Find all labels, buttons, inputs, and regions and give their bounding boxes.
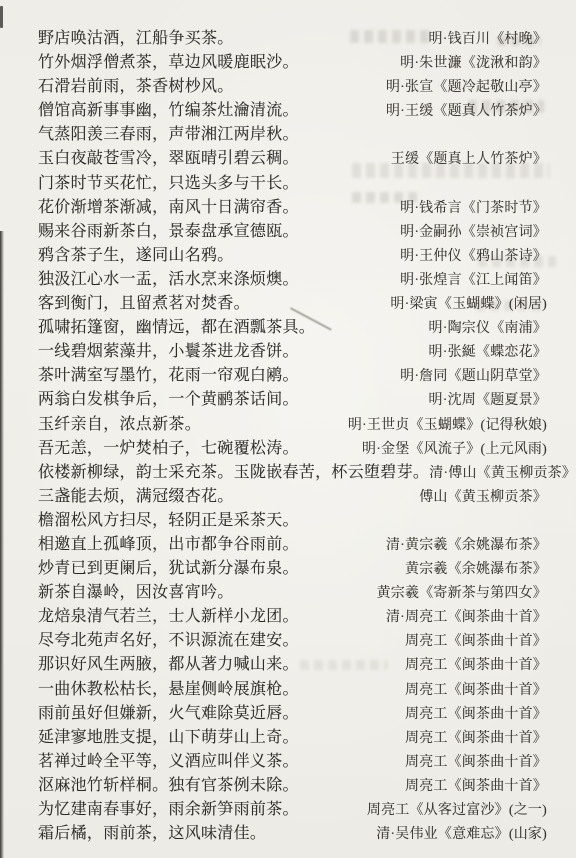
poem-source: 黄宗羲《余姚瀑布茶》 bbox=[405, 558, 547, 582]
poem-source: 明·王仲仪《鸦山茶诗》 bbox=[400, 245, 547, 269]
poem-text: 玉纤亲自，浓点新茶。 bbox=[38, 413, 201, 437]
poem-line-row: 鸦含茶子生，遂同山名鸦。 明·王仲仪《鸦山茶诗》 bbox=[38, 244, 547, 268]
poem-text: 孤啸拓篷窗，幽情远，都在酒瓢茶具。 bbox=[38, 316, 315, 340]
poem-line-row: 茶叶满室写墨竹，花雨一帘观白鹇。 明·詹同《题山阴草堂》 bbox=[38, 364, 547, 388]
poem-source: 明·钱百川《村晚》 bbox=[429, 28, 547, 52]
poem-source: 明·金堡《风流子》(上元风雨) bbox=[362, 438, 547, 462]
poem-text: 相邀直上孤峰顶，出市都争谷雨前。 bbox=[38, 533, 299, 557]
poem-source: 清·傅山《黄玉柳贡茶》 bbox=[429, 462, 576, 486]
poem-text: 竹外烟浮僧煮茶，草边风暖鹿眠沙。 bbox=[38, 51, 299, 75]
poem-line-row: 相邀直上孤峰顶，出市都争谷雨前。 清·黄宗羲《余姚瀑布茶》 bbox=[38, 533, 547, 557]
poem-line-row: 客到衡门，且留煮茗对焚香。 明·梁寅《玉蝴蝶》(闲居) bbox=[38, 292, 547, 316]
poem-line-row: 一线碧烟萦藻井，小鬟茶进龙香饼。 明·张綖《蝶恋花》 bbox=[38, 340, 547, 364]
poem-text: 尽夸北苑声名好，不识源流在建安。 bbox=[38, 629, 299, 653]
poem-text: 延津寥地胜支提，山下萌芽山上奇。 bbox=[38, 726, 299, 750]
poem-text: 门茶时节买花忙，只选头多与干长。 bbox=[38, 172, 299, 196]
poem-source: 明·梁寅《玉蝴蝶》(闲居) bbox=[390, 293, 547, 317]
poem-line-row: 为忆建南春事好，雨余新笋雨前茶。 周亮工《从客过富沙》(之一) bbox=[38, 798, 547, 822]
poem-source: 明·张宣《题冷起敬山亭》 bbox=[386, 76, 547, 100]
poem-list: 野店唤沽酒，江船争买茶。 明·钱百川《村晚》 竹外烟浮僧煮茶，草边风暖鹿眠沙。 … bbox=[0, 27, 576, 846]
poem-text: 一曲休教松枯长，悬崖侧岭展旗枪。 bbox=[38, 678, 299, 702]
poem-text: 两翁白发棋争后，一个黄鹂茶话间。 bbox=[38, 388, 299, 412]
poem-source: 傅山《黄玉柳贡茶》 bbox=[419, 486, 547, 510]
poem-text: 独汲江心水一盂，活水烹来涤烦燠。 bbox=[38, 268, 299, 292]
poem-line-row: 沤麻池竹斩样桐。独有官茶例未除。 周亮工《闽茶曲十首》 bbox=[38, 774, 547, 798]
poem-text: 三盏能去烦，满冠缀杏花。 bbox=[38, 485, 234, 509]
poem-source: 周亮工《闽茶曲十首》 bbox=[405, 727, 547, 751]
poem-source: 周亮工《闽茶曲十首》 bbox=[405, 775, 547, 799]
poem-text: 吾无恙，一炉焚柏子，七碗覆松涛。 bbox=[38, 437, 299, 461]
poem-line-row: 玉白夜敲苍雪冷，翠瓯晴引碧云稠。 王缓《题真上人竹茶炉》 bbox=[38, 147, 547, 171]
poem-source: 周亮工《闽茶曲十首》 bbox=[405, 703, 547, 727]
poem-line-row: 霜后橘，雨前茶，这风味清佳。 清·吴伟业《意难忘》(山家) bbox=[38, 822, 547, 846]
poem-text: 玉白夜敲苍雪冷，翠瓯晴引碧云稠。 bbox=[38, 147, 299, 171]
poem-text: 依楼新柳绿，韵士采充茶。玉陇嵌春苦，杯云堕碧芽。 bbox=[38, 461, 429, 485]
poem-text: 炒青已到更阑后，犹试新分瀑布泉。 bbox=[38, 557, 299, 581]
poem-source: 周亮工《闽茶曲十首》 bbox=[405, 654, 547, 678]
poem-line-row: 独汲江心水一盂，活水烹来涤烦燠。 明·张煌言《江上闻笛》 bbox=[38, 268, 547, 292]
poem-text: 赐来谷雨新茶白，景泰盘承宣德瓯。 bbox=[38, 220, 299, 244]
poem-line-row: 茗禅过岭全平等，义酒应叫伴义茶。 周亮工《闽茶曲十首》 bbox=[38, 750, 547, 774]
poem-text: 龙焙泉清气若兰，士人新样小龙团。 bbox=[38, 605, 299, 629]
poem-source: 明·詹同《题山阴草堂》 bbox=[400, 365, 547, 389]
poem-line-row: 玉纤亲自，浓点新茶。 明·王世贞《玉蝴蝶》(记得秋娘) bbox=[38, 413, 547, 437]
poem-text: 茗禅过岭全平等，义酒应叫伴义茶。 bbox=[38, 750, 299, 774]
poem-text: 新茶自瀑岭，因汝喜宵吟。 bbox=[38, 581, 234, 605]
poem-line-row: 一曲休教松枯长，悬崖侧岭展旗枪。 周亮工《闽茶曲十首》 bbox=[38, 678, 547, 702]
poem-line-row: 那识好风生两腋，都从著力喊山来。 周亮工《闽茶曲十首》 bbox=[38, 653, 547, 677]
poem-text: 那识好风生两腋，都从著力喊山来。 bbox=[38, 653, 299, 677]
poem-text: 鸦含茶子生，遂同山名鸦。 bbox=[38, 244, 234, 268]
poem-source: 明·朱世濂《泷湫和韵》 bbox=[400, 52, 547, 76]
poem-line-row: 石滑岩前雨，茶香树杪风。 明·张宣《题冷起敬山亭》 bbox=[38, 75, 547, 99]
poem-line-row: 气蒸阳羡三春雨，声带湘江两岸秋。 bbox=[38, 123, 547, 147]
poem-source: 明·钱希言《门茶时节》 bbox=[400, 197, 547, 221]
poem-text: 野店唤沽酒，江船争买茶。 bbox=[38, 27, 234, 51]
poem-source: 明·张煌言《江上闻笛》 bbox=[400, 269, 547, 293]
poem-line-row: 雨前虽好但嫌新，火气难除莫近唇。 周亮工《闽茶曲十首》 bbox=[38, 702, 547, 726]
poem-line-row: 野店唤沽酒，江船争买茶。 明·钱百川《村晚》 bbox=[38, 27, 547, 51]
poem-source: 清·黄宗羲《余姚瀑布茶》 bbox=[386, 534, 547, 558]
poem-line-row: 竹外烟浮僧煮茶，草边风暖鹿眠沙。 明·朱世濂《泷湫和韵》 bbox=[38, 51, 547, 75]
poem-source: 明·王缓《题真人竹茶炉》 bbox=[386, 100, 547, 124]
book-page: 野店唤沽酒，江船争买茶。 明·钱百川《村晚》 竹外烟浮僧煮茶，草边风暖鹿眠沙。 … bbox=[0, 0, 576, 858]
poem-text: 雨前虽好但嫌新，火气难除莫近唇。 bbox=[38, 702, 299, 726]
poem-line-row: 新茶自瀑岭，因汝喜宵吟。 黄宗羲《寄新茶与第四女》 bbox=[38, 581, 547, 605]
poem-source: 黄宗羲《寄新茶与第四女》 bbox=[377, 582, 547, 606]
poem-text: 沤麻池竹斩样桐。独有官茶例未除。 bbox=[38, 774, 299, 798]
poem-text: 花价渐增茶渐减，南风十日满帘香。 bbox=[38, 196, 299, 220]
poem-line-row: 孤啸拓篷窗，幽情远，都在酒瓢茶具。 明·陶宗仪《南浦》 bbox=[38, 316, 547, 340]
poem-text: 为忆建南春事好，雨余新笋雨前茶。 bbox=[38, 798, 299, 822]
poem-text: 僧馆高新事事幽，竹编茶灶瀹清流。 bbox=[38, 99, 299, 123]
poem-text: 气蒸阳羡三春雨，声带湘江两岸秋。 bbox=[38, 123, 299, 147]
poem-line-row: 炒青已到更阑后，犹试新分瀑布泉。 黄宗羲《余姚瀑布茶》 bbox=[38, 557, 547, 581]
poem-source: 明·沈周《题夏景》 bbox=[429, 389, 547, 413]
poem-source: 王缓《题真上人竹茶炉》 bbox=[391, 148, 547, 172]
poem-line-row: 檐溜松风方扫尽，轻阴正是采茶天。 bbox=[38, 509, 547, 533]
poem-line-row: 吾无恙，一炉焚柏子，七碗覆松涛。 明·金堡《风流子》(上元风雨) bbox=[38, 437, 547, 461]
poem-source: 明·陶宗仪《南浦》 bbox=[429, 317, 547, 341]
poem-text: 一线碧烟萦藻井，小鬟茶进龙香饼。 bbox=[38, 340, 299, 364]
poem-line-row: 龙焙泉清气若兰，士人新样小龙团。 清·周亮工《闽茶曲十首》 bbox=[38, 605, 547, 629]
poem-source: 明·金嗣孙《崇祯宫词》 bbox=[400, 221, 547, 245]
poem-line-row: 门茶时节买花忙，只选头多与干长。 bbox=[38, 172, 547, 196]
poem-line-row: 僧馆高新事事幽，竹编茶灶瀹清流。 明·王缓《题真人竹茶炉》 bbox=[38, 99, 547, 123]
poem-source: 周亮工《闽茶曲十首》 bbox=[405, 679, 547, 703]
scan-edge-mark-top bbox=[0, 6, 3, 28]
poem-line-row: 花价渐增茶渐减，南风十日满帘香。 明·钱希言《门茶时节》 bbox=[38, 196, 547, 220]
poem-source: 周亮工《从客过富沙》(之一) bbox=[367, 799, 547, 823]
poem-source: 明·王世贞《玉蝴蝶》(记得秋娘) bbox=[348, 414, 547, 438]
poem-text: 客到衡门，且留煮茗对焚香。 bbox=[38, 292, 250, 316]
poem-text: 石滑岩前雨，茶香树杪风。 bbox=[38, 75, 234, 99]
poem-line-row: 依楼新柳绿，韵士采充茶。玉陇嵌春苦，杯云堕碧芽。 清·傅山《黄玉柳贡茶》 bbox=[38, 461, 547, 485]
poem-source: 明·张綖《蝶恋花》 bbox=[429, 341, 547, 365]
poem-text: 檐溜松风方扫尽，轻阴正是采茶天。 bbox=[38, 509, 299, 533]
poem-source: 周亮工《闽茶曲十首》 bbox=[405, 751, 547, 775]
poem-line-row: 延津寥地胜支提，山下萌芽山上奇。 周亮工《闽茶曲十首》 bbox=[38, 726, 547, 750]
poem-line-row: 两翁白发棋争后，一个黄鹂茶话间。 明·沈周《题夏景》 bbox=[38, 388, 547, 412]
poem-line-row: 赐来谷雨新茶白，景泰盘承宣德瓯。 明·金嗣孙《崇祯宫词》 bbox=[38, 220, 547, 244]
poem-source: 清·吴伟业《意难忘》(山家) bbox=[376, 823, 547, 847]
poem-line-row: 尽夸北苑声名好，不识源流在建安。 周亮工《闽茶曲十首》 bbox=[38, 629, 547, 653]
poem-text: 霜后橘，雨前茶，这风味清佳。 bbox=[38, 822, 266, 846]
poem-text: 茶叶满室写墨竹，花雨一帘观白鹇。 bbox=[38, 364, 299, 388]
poem-source: 周亮工《闽茶曲十首》 bbox=[405, 630, 547, 654]
poem-source: 清·周亮工《闽茶曲十首》 bbox=[386, 606, 547, 630]
poem-line-row: 三盏能去烦，满冠缀杏花。 傅山《黄玉柳贡茶》 bbox=[38, 485, 547, 509]
